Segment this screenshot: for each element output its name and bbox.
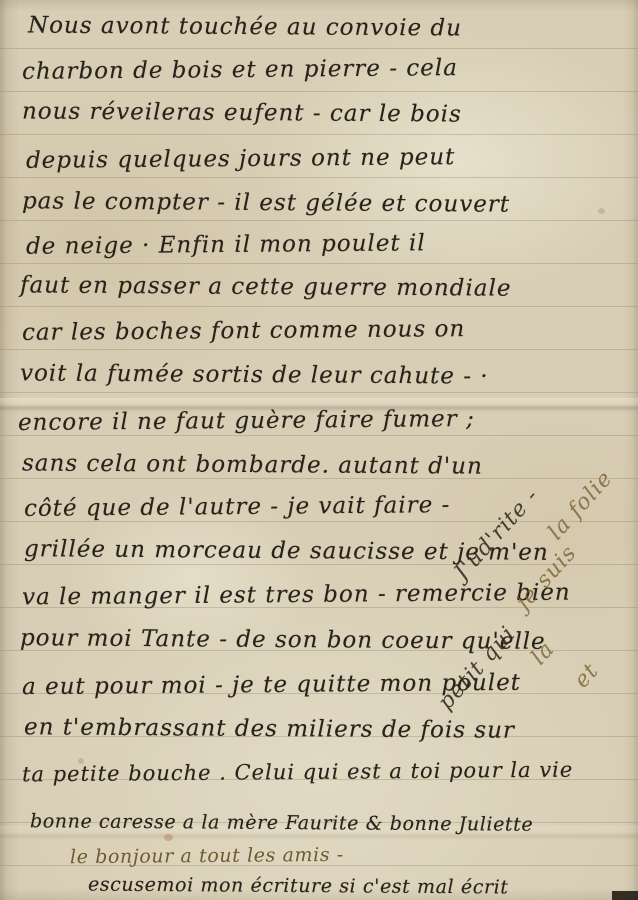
letter-line: voit la fumée sortis de leur cahute - · — [20, 360, 489, 389]
foxing-stain — [598, 208, 605, 214]
letter-line: encore il ne faut guère faire fumer ; — [18, 406, 475, 436]
letter-line: sans cela ont bombarde. autant d'un — [22, 450, 483, 479]
letter-line: car les boches font comme nous on — [22, 316, 465, 346]
foxing-stain — [164, 834, 173, 841]
letter-line: escusemoi mon écriture si c'est mal écri… — [88, 874, 509, 899]
letter-line: a eut pour moi - je te quitte mon poulet — [22, 670, 521, 700]
letter-line: bonne caresse a la mère Faurite & bonne … — [30, 810, 533, 836]
cross-writing-fragment: et — [569, 659, 604, 693]
letter-line: de neige · Enfin il mon poulet il — [26, 230, 426, 259]
letter-line: va le manger il est tres bon - remercie … — [22, 580, 571, 611]
letter-line: pour moi Tante - de son bon coeur qu'ell… — [20, 625, 546, 655]
letter-line: le bonjour a tout les amis - — [70, 844, 344, 868]
letter-line: Nous avont touchée au convoie du — [28, 12, 462, 41]
letter-page: Nous avont touchée au convoie du charbon… — [0, 0, 638, 900]
letter-line: faut en passer a cette guerre mondiale — [20, 272, 512, 301]
letter-line: grillée un morceau de saucisse et je m'e… — [24, 536, 549, 566]
letter-line: charbon de bois et en pierre - cela — [22, 55, 458, 85]
letter-line: depuis quelques jours ont ne peut — [26, 144, 456, 174]
letter-line: ta petite bouche . Celui qui est a toi p… — [22, 758, 573, 787]
cross-writing-fragment: la folie — [543, 466, 618, 545]
letter-line: pas le compter - il est gélée et couvert — [22, 188, 510, 217]
scan-edge-mark — [612, 891, 638, 900]
letter-line: côté que de l'autre - je vait faire - — [24, 492, 451, 522]
letter-line: nous réveileras eufent - car le bois — [22, 98, 462, 127]
cross-writing-fragment: J'ud'rite - — [449, 484, 544, 585]
letter-line: en t'embrassant des miliers de fois sur — [24, 714, 515, 743]
